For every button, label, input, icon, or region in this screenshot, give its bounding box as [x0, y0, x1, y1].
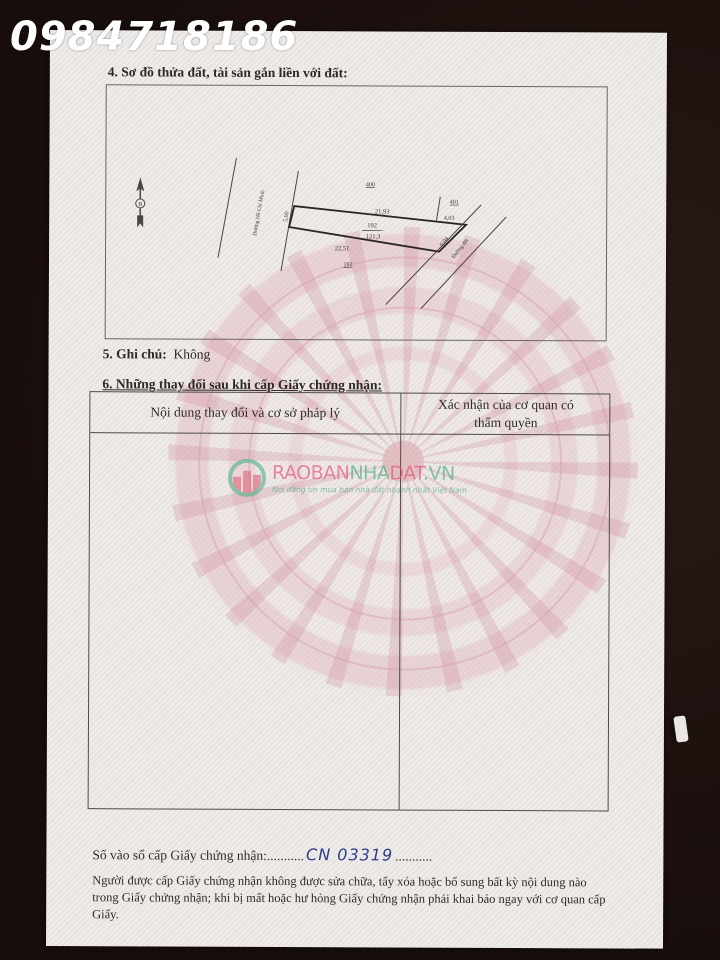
svg-text:22,51: 22,51 [335, 245, 350, 252]
watermark-brand: RAOBANNHADAT.VN [272, 462, 467, 485]
changes-table: Nội dung thay đổi và cơ sở pháp lý Xác n… [88, 391, 611, 811]
column-header-confirmation-text: Xác nhận của cơ quan có thẩm quyền [431, 395, 581, 432]
svg-text:192: 192 [367, 222, 377, 229]
svg-text:Đường đất: Đường đất [450, 237, 470, 260]
column-header-confirmation: Xác nhận của cơ quan có thẩm quyền [400, 394, 611, 435]
svg-text:4,03: 4,03 [444, 216, 455, 222]
registry-label: Số vào sổ cấp Giấy chứng nhận: [92, 847, 267, 864]
parcel-map: B Đường Hồ Chí Minh Đường đất 400 401 21… [105, 84, 608, 341]
parcel-diagram: B Đường Hồ Chí Minh Đường đất 400 401 21… [106, 85, 607, 340]
svg-text:121,3: 121,3 [366, 233, 381, 240]
note-value: Không [173, 347, 210, 362]
column-header-content: Nội dung thay đổi và cơ sở pháp lý [90, 392, 400, 433]
registry-number: Số vào sổ cấp Giấy chứng nhận: .........… [92, 844, 432, 864]
disclaimer-text: Người được cấp Giấy chứng nhận không đượ… [92, 872, 612, 925]
svg-text:400: 400 [366, 182, 375, 188]
watermark-tagline: Nơi đăng tin mua bán nhà đất nhanh nhất … [272, 485, 467, 495]
note-label: 5. Ghi chú: [103, 346, 167, 361]
svg-text:21,93: 21,93 [375, 208, 390, 215]
certificate-page: 4. Sơ đồ thửa đất, tài sản gắn liền với … [46, 30, 667, 949]
column-divider [399, 394, 402, 810]
building-logo-icon [228, 459, 266, 497]
svg-text:B: B [138, 202, 142, 208]
watermark: RAOBANNHADAT.VN Nơi đăng tin mua bán nhà… [228, 459, 467, 498]
section-4-title: 4. Sơ đồ thửa đất, tài sản gắn liền với … [108, 64, 348, 81]
registry-value-handwritten: CN 03319 [306, 845, 393, 864]
north-arrow-icon: B [136, 177, 145, 227]
phone-number-overlay: 0984718186 [10, 14, 298, 60]
svg-text:401: 401 [450, 200, 459, 206]
section-5-note: 5. Ghi chú: Không [103, 346, 211, 362]
svg-text:192: 192 [343, 262, 352, 268]
svg-text:Đường Hồ Chí Minh: Đường Hồ Chí Minh [251, 189, 266, 236]
